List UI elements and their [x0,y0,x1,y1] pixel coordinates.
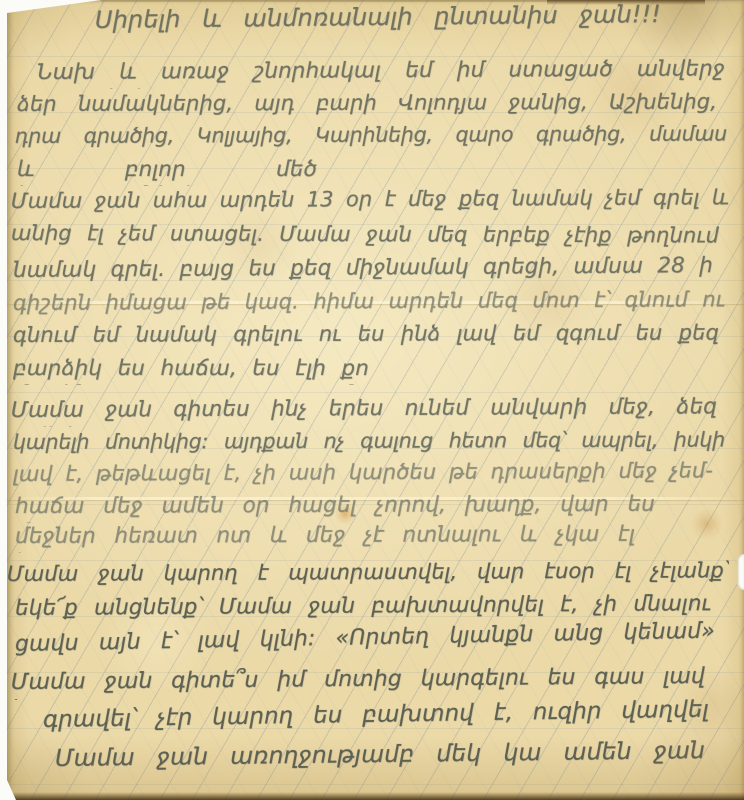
handwritten-line: Մամա ջան կարող է պատրաստվել, վար էսօր էլ… [7,558,729,590]
handwritten-line: Մամա ջան ահա արդեն 13 օր է մեջ քեզ նամակ… [11,185,729,217]
letter-heading: Սիրելի և անմոռանալի ընտանիս ջան!!! [95,0,661,38]
handwriting-layer: Սիրելի և անմոռանալի ընտանիս ջան!!! Նախ և… [7,0,744,800]
paper-edge-top-shadow [547,0,705,5]
handwritten-line: Նախ և առաջ շնորհակալ եմ իմ ստացած անվերջ… [37,56,725,89]
right-edge-notch [737,554,744,590]
handwritten-line: նամակ գրել. բայց ես քեզ միջնամակ գրեցի, … [13,253,713,287]
handwritten-line: դրա գրածից, Կոլյայից, Կարինեից, զարօ գրա… [15,122,727,152]
handwritten-line: ցավս այն է՝ լավ կլնի: «Որտեղ կյանքն անց … [15,619,715,662]
handwritten-line: բարձիկ ես հաճա, ես էլի քո մասին ջան: [13,356,369,385]
handwritten-line: գիշերն իմացա թե կազ. հիմա արդեն մեզ մոտ … [13,287,725,319]
handwritten-line: անից էլ չեմ ստացել. Մամա ջան մեզ երբեք չ… [11,221,719,252]
handwritten-line: հաճա մեջ ամեն օր հացել չորով, խաղք, վար … [15,492,655,523]
handwritten-line: լավ է, թեթևացել է, չի ասի կարծես թե դրաս… [13,458,713,490]
handwritten-line: Մամա ջան առողջությամբ մեկ կա ամեն ջան [55,736,705,776]
paper-edge-top [101,0,547,2]
handwritten-line: մեջներ հեռատ ոտ և մեջ չէ ոտնալու և չկա է… [15,522,635,553]
handwritten-line: և բոլոր մեծ հարազատներից: [17,157,317,186]
handwritten-line: գրավել՝ չէր կարող ես բախտով է, ուզիր վաղ… [43,696,709,738]
handwritten-line: Մամա ջան գիտե՞ս իմ մոտից կարգելու ես գաս… [11,664,705,700]
handwritten-line: կարելի մոտիկից: այդքան ոչ գալուց հետո մե… [13,428,725,458]
handwritten-line: Մամա ջան գիտես ինչ երես ունեմ անվարի մեջ… [11,394,717,427]
handwritten-line: ձեր նամակներից, այդ բարի Վոլոդյա ջանից, … [17,90,717,121]
paper-edge-bottom-shadow [7,792,744,800]
handwritten-line: գնում եմ նամակ գրելու ու ես ինձ լավ եմ զ… [13,321,719,352]
letter-page: Սիրելի և անմոռանալի ընտանիս ջան!!! Նախ և… [7,0,744,800]
